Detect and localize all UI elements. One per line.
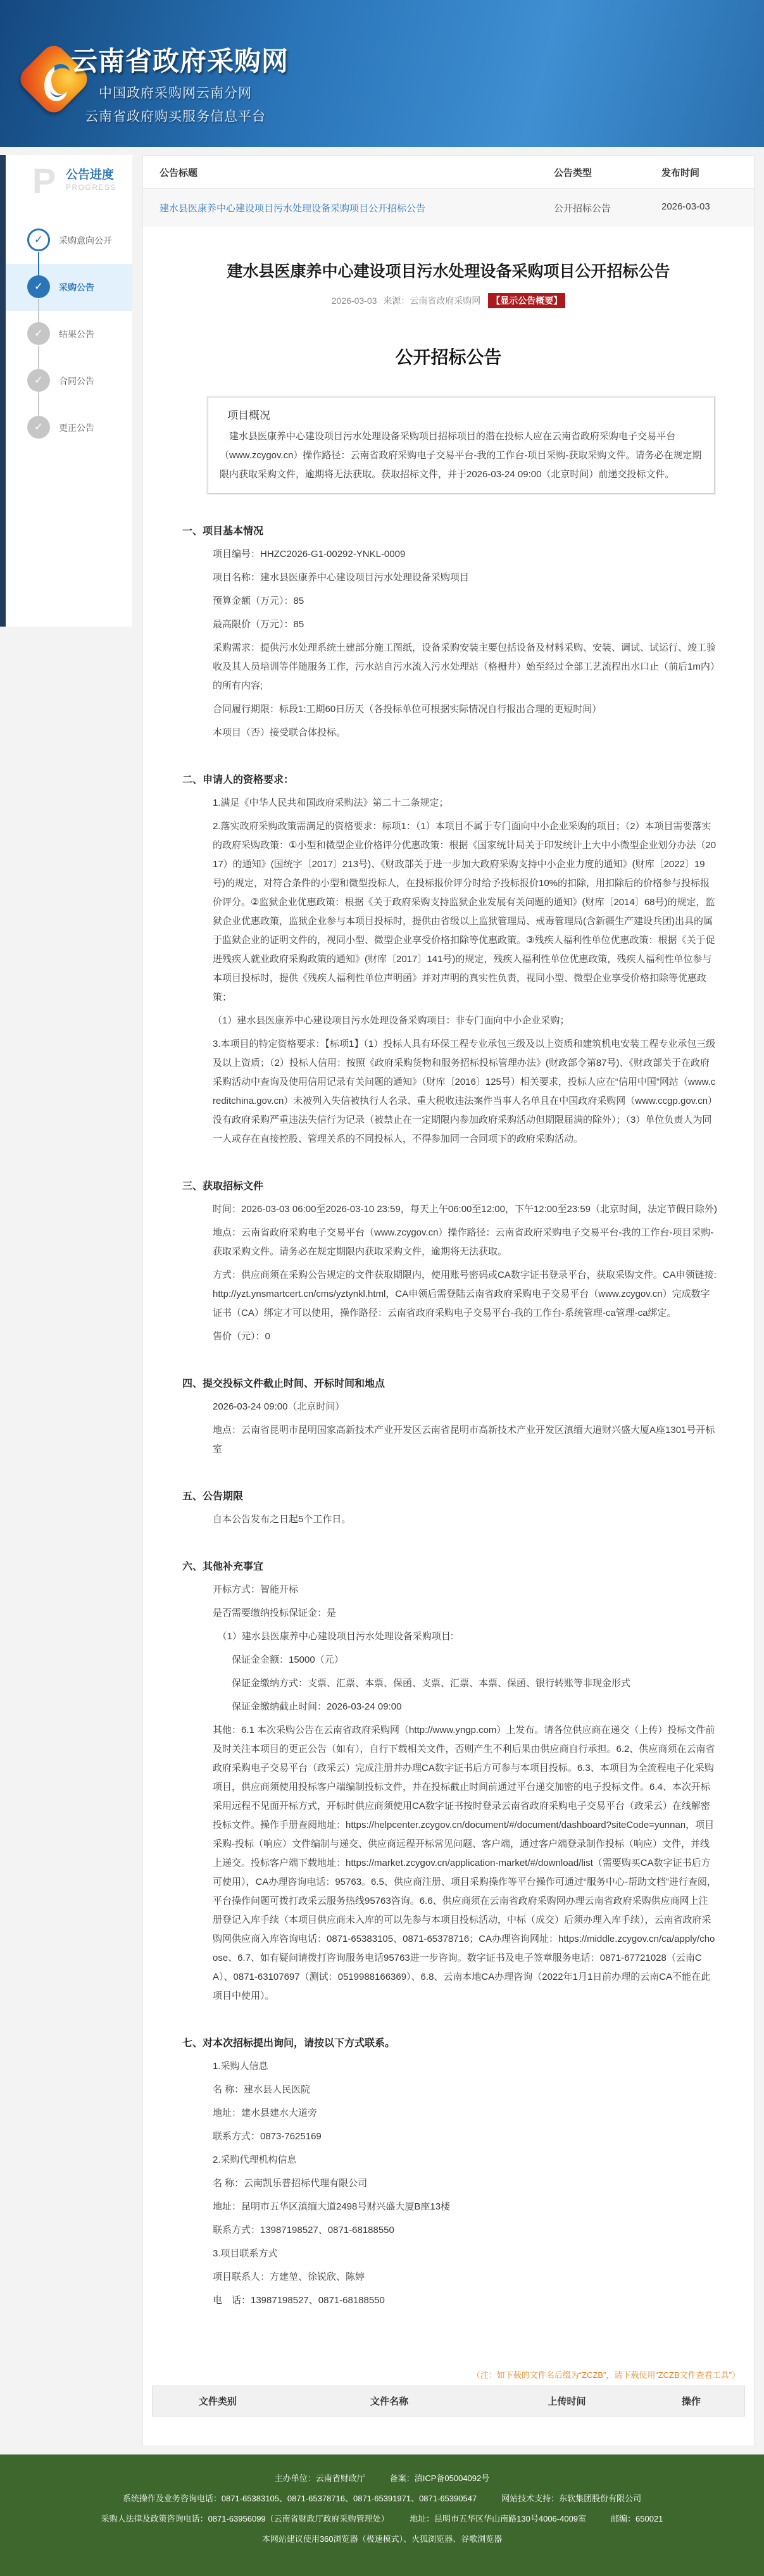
section-paragraph: 1.采购人信息 (213, 2057, 717, 2076)
section-paragraph: 时间：2026-03-03 06:00至2026-03-10 23:59，每天上… (213, 1200, 717, 1219)
attachment-column-header: 操作 (638, 2386, 744, 2416)
footer-line: 采购人法律及政策咨询电话：0871-63956099（云南省财政厅政府采购管理处… (0, 2509, 764, 2529)
section-paragraph: 保证金金额：15000（元） (213, 1651, 717, 1670)
overview-text: 建水县医康养中心建设项目污水处理设备采购项目招标项目的潜在投标人应在云南省政府采… (220, 427, 703, 484)
project-overview-box: 项目概况 建水县医康养中心建设项目污水处理设备采购项目招标项目的潜在投标人应在云… (208, 397, 715, 494)
column-header-type: 公告类型 (554, 166, 661, 179)
attachment-column-header: 上传时间 (496, 2386, 637, 2416)
section-paragraph: 项目名称：建水县医康养中心建设项目污水处理设备采购项目 (213, 568, 717, 587)
check-circle-icon: ✓ (27, 322, 50, 345)
section-heading: 一、项目基本情况 (182, 523, 754, 537)
article-source: 来源：云南省政府采购网 (383, 296, 480, 306)
progress-sidebar: P 公告进度 PROGRESS ✓ 采购意向公开 ✓ 采购公告 ✓ 结果公告 (6, 155, 132, 627)
footer-line: 系统操作及业务咨询电话：0871-65383105、0871-65378716、… (0, 2489, 764, 2509)
section-paragraph: 地址：昆明市五华区滇缅大道2498号财兴盛大厦B座13楼 (213, 2198, 717, 2216)
progress-step-label: 更正公告 (59, 422, 94, 434)
section-paragraph: 名 称：云南凯乐普招标代理有限公司 (213, 2174, 717, 2193)
section-paragraph: 其他：6.1 本次采购公告在云南省政府采购网（http://www.yngp.c… (213, 1721, 717, 2006)
section-paragraph: 联系方式：13987198527、0871-68188550 (213, 2221, 717, 2240)
footer-line: 主办单位：云南省财政厅 备案：滇ICP备05004092号 (0, 2468, 764, 2489)
header-titles: 云南省政府采购网 中国政府采购网云南分网 云南省政府购买服务信息平台 (71, 41, 280, 125)
section-paragraph: 保证金缴纳方式：支票、汇票、本票、保函、支票、汇票、本票、保函、银行转账等非现金… (213, 1674, 717, 1693)
section-heading: 二、申请人的资格要求： (182, 772, 754, 786)
section-paragraph: 本项目（否）接受联合体投标。 (213, 723, 717, 742)
attachment-column-header: 文件名称 (283, 2386, 496, 2416)
section-paragraph: 2.采购代理机构信息 (213, 2151, 717, 2170)
section-paragraph: 保证金缴纳截止时间：2026-03-24 09:00 (213, 1698, 717, 1716)
article-meta: 2026-03-03 来源：云南省政府采购网 【显示公告概要】 (143, 293, 754, 308)
section-paragraph: 地点：云南省昆明市昆明国家高新技术产业开发区云南省昆明市高新技术产业开发区滇缅大… (213, 1421, 717, 1459)
section-paragraph: （1）建水县医康养中心建设项目污水处理设备采购项目: (213, 1627, 717, 1646)
progress-step[interactable]: ✓ 采购意向公开 (6, 217, 132, 264)
document-sections: 一、项目基本情况项目编号：HHZC2026-G1-00292-YNKL-0009… (143, 523, 754, 2310)
announcement-card: 公告标题 公告类型 发布时间 建水县医康养中心建设项目污水处理设备采购项目公开招… (142, 155, 755, 2446)
sidebar-header: P 公告进度 PROGRESS (6, 155, 132, 206)
section-paragraph: 是否需要缴纳投标保证金：是 (213, 1604, 717, 1623)
sidebar-watermark: P (32, 160, 56, 201)
attachment-note: （注：如下载的文件名后缀为“ZCZB”，请下载使用“ZCZB文件查看工具”） (152, 2368, 740, 2380)
section-heading: 七、对本次招标提出询问，请按以下方式联系。 (182, 2035, 754, 2049)
site-header: 云南省政府采购网 中国政府采购网云南分网 云南省政府购买服务信息平台 (0, 0, 764, 147)
section-paragraph: 开标方式：智能开标 (213, 1580, 717, 1599)
section-paragraph: 地址：建水县建水大道旁 (213, 2104, 717, 2123)
page: 云南省政府采购网 中国政府采购网云南分网 云南省政府购买服务信息平台 P 公告进… (0, 0, 764, 2576)
announcement-table-header: 公告标题 公告类型 发布时间 (143, 156, 754, 189)
section-paragraph: 联系方式：0873-7625169 (213, 2127, 717, 2146)
progress-step[interactable]: ✓ 结果公告 (6, 311, 132, 358)
check-circle-icon: ✓ (27, 228, 50, 251)
article-title: 建水县医康养中心建设项目污水处理设备采购项目公开招标公告 (143, 259, 754, 282)
progress-step[interactable]: ✓ 合同公告 (6, 358, 132, 404)
sidebar-title: 公告进度 (66, 165, 114, 182)
section-paragraph: 最高限价（万元）：85 (213, 615, 717, 634)
section-paragraph: （1）建水县医康养中心建设项目污水处理设备采购项目：非专门面向中小企业采购； (213, 1011, 717, 1030)
document-title: 公开招标公告 (143, 344, 754, 369)
progress-step-label: 合同公告 (59, 375, 94, 387)
progress-step[interactable]: ✓ 采购公告 (6, 264, 132, 311)
footer-line: 本网站建议使用360浏览器（极速模式）、火狐浏览器、谷歌浏览器 (0, 2529, 764, 2549)
section-paragraph: 3.本项目的特定资格要求：【标项1】（1）投标人具有环保工程专业承包三级及以上资… (213, 1035, 717, 1149)
section-heading: 六、其他补充事宜 (182, 1558, 754, 1573)
attachment-column-header: 文件类别 (153, 2386, 283, 2416)
announcement-table: 公告标题 公告类型 发布时间 建水县医康养中心建设项目污水处理设备采购项目公开招… (143, 156, 754, 227)
progress-steps: ✓ 采购意向公开 ✓ 采购公告 ✓ 结果公告 ✓ 合同公告 (6, 217, 132, 451)
sidebar-subtitle: PROGRESS (66, 183, 116, 192)
section-paragraph: 地点：云南省政府采购电子交易平台（www.zcygov.cn）操作路径：云南省政… (213, 1223, 717, 1261)
site-footer: 主办单位：云南省财政厅 备案：滇ICP备05004092号 系统操作及业务咨询电… (0, 2454, 764, 2576)
attachment-table-header: 文件类别 文件名称 上传时间 操作 (152, 2385, 745, 2417)
attachments-section: （注：如下载的文件名后缀为“ZCZB”，请下载使用“ZCZB文件查看工具”） 文… (152, 2368, 745, 2434)
left-accent-stripe (0, 155, 6, 627)
column-header-title: 公告标题 (160, 166, 554, 179)
article-date: 2026-03-03 (332, 296, 377, 306)
section-paragraph: 方式：供应商须在采购公告规定的文件获取期限内，使用账号密码或CA数字证书登录平台… (213, 1266, 717, 1323)
progress-step-label: 结果公告 (59, 328, 94, 341)
section-paragraph: 预算金额（万元）：85 (213, 592, 717, 611)
section-paragraph: 电 话：13987198527、0871-68188550 (213, 2291, 717, 2310)
section-heading: 三、获取招标文件 (182, 1178, 754, 1192)
check-circle-icon: ✓ (27, 275, 50, 298)
section-paragraph: 项目联系人：方建堃、徐锐欣、陈婷 (213, 2268, 717, 2287)
progress-step[interactable]: ✓ 更正公告 (6, 404, 132, 451)
section-paragraph: 2.落实政府采购政策需满足的资格要求：标项1：（1）本项目不属于专门面向中小企业… (213, 817, 717, 1007)
check-circle-icon: ✓ (27, 416, 50, 439)
section-paragraph: 自本公告发布之日起5个工作日。 (213, 1510, 717, 1529)
section-paragraph: 售价（元）：0 (213, 1327, 717, 1346)
announcement-date: 2026-03-03 (661, 201, 737, 215)
section-paragraph: 3.项目联系方式 (213, 2244, 717, 2263)
column-header-date: 发布时间 (661, 166, 737, 179)
section-paragraph: 名 称：建水县人民医院 (213, 2080, 717, 2099)
section-paragraph: 采购需求：提供污水处理系统土建部分施工图纸，设备采购安装主要包括设备及材料采购、… (213, 639, 717, 696)
announcement-type: 公开招标公告 (554, 201, 661, 215)
section-paragraph: 1.满足《中华人民共和国政府采购法》第二十二条规定； (213, 794, 717, 813)
site-subtitle-1: 中国政府采购网云南分网 (71, 83, 280, 102)
section-heading: 四、提交投标文件截止时间、开标时间和地点 (182, 1375, 754, 1390)
announcement-table-row[interactable]: 建水县医康养中心建设项目污水处理设备采购项目公开招标公告 公开招标公告 2026… (143, 189, 754, 227)
site-title: 云南省政府采购网 (71, 41, 280, 78)
progress-step-label: 采购公告 (59, 281, 94, 294)
overview-title: 项目概况 (227, 406, 703, 422)
attachment-empty-area (152, 2417, 745, 2434)
section-paragraph: 项目编号：HHZC2026-G1-00292-YNKL-0009 (213, 545, 717, 564)
section-heading: 五、公告期限 (182, 1488, 754, 1503)
section-paragraph: 合同履行期限：标段1:工期60日历天（各投标单位可根据实际情况自行报出合理的更短… (213, 700, 717, 719)
site-subtitle-2: 云南省政府购买服务信息平台 (71, 106, 280, 125)
check-circle-icon: ✓ (27, 369, 50, 392)
announcement-link[interactable]: 建水县医康养中心建设项目污水处理设备采购项目公开招标公告 (160, 201, 554, 215)
section-paragraph: 2026-03-24 09:00（北京时间） (213, 1397, 717, 1416)
show-summary-button[interactable]: 【显示公告概要】 (488, 293, 565, 308)
progress-step-label: 采购意向公开 (59, 234, 112, 247)
